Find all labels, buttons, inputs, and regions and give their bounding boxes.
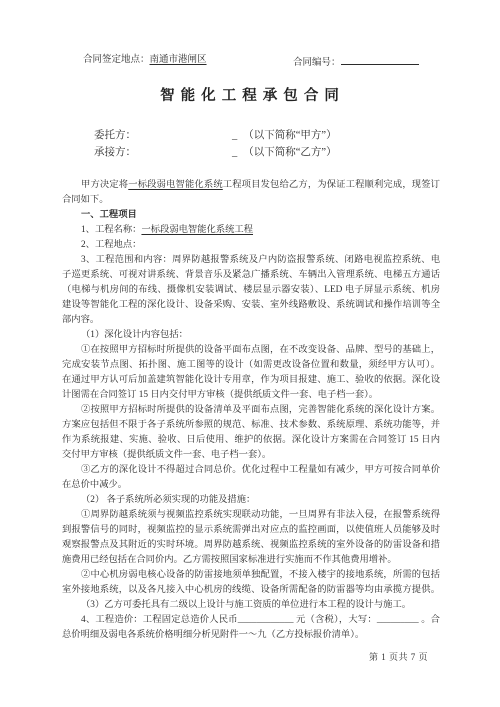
- underlined-text: 一标段弱电智能化系统工程: [141, 225, 253, 235]
- body-line: ③乙方的深化设计不得超过合同总价。优化过程中工程量如有减少，甲方可按合同单价: [62, 463, 440, 478]
- parties-block: 委托方：_（以下简称“甲方”） 承接方：_（以下简称“乙方”）: [94, 127, 337, 161]
- text-segment: 到报警信号的同时，视频监控的显示系统需弹出对应点的监控画面，以使值班人员能够及时: [62, 525, 440, 535]
- text-segment: 完成安装节点图、拓扑图、施工图等的设计（如需更改设备位置和数量，须经甲方认可）。: [62, 360, 440, 370]
- body-line: ②按照甲方招标时所提供的设备清单及平面布点图，完善智能化系统的深化设计方案。: [62, 403, 440, 418]
- text-segment: ____________: [238, 615, 294, 625]
- body-line: 交付甲方审核（提供纸质文件一套、电子档一套）。: [62, 448, 440, 463]
- body-line: 完成安装节点图、拓扑图、施工图等的设计（如需更改设备位置和数量，须经甲方认可）。: [62, 358, 440, 373]
- body-line: 室外接地系统，以及各凡接入中心机房的线缆、设备所需配备的防雷器等均由承揽方提供。: [62, 583, 440, 598]
- body-line: 合同如下。: [62, 193, 440, 208]
- contractor-alias-note: （以下简称“乙方”）: [243, 144, 336, 161]
- contract-no-line: 合同编号：: [293, 53, 419, 70]
- contract-no-blank: [341, 53, 419, 65]
- client-name-blank: _: [232, 127, 237, 144]
- text-segment: 子巡更系统、可视对讲系统、背景音乐及紧急广播系统、车辆出入管理系统、电梯五方通话: [62, 270, 440, 280]
- sign-place-value: 南通市港闸区: [150, 55, 207, 65]
- text-segment: 计图需在合同签订 15 日内交付甲方审核（提供纸质文件一套、电子档一套）。: [62, 390, 378, 400]
- text-segment: 甲方决定将: [81, 180, 128, 190]
- text-segment: _________: [377, 615, 419, 625]
- body-line: 子巡更系统、可视对讲系统、背景音乐及紧急广播系统、车辆出入管理系统、电梯五方通话: [62, 268, 440, 283]
- body-line: ②中心机房弱电核心设备的防雷接地须单独配置，不接入楼宇的接地系统，所需的包括: [62, 568, 440, 583]
- text-segment: ①在按照甲方招标时所提供的设备平面布点图，在不改变设备、品牌、型号的基础上，: [81, 345, 440, 355]
- text-segment: 观察报警点及其附近的实时环境。周界防越系统、视频监控系统的室外设备的防雷设备和措: [62, 540, 440, 550]
- text-segment: 作为系统报建、实施、验收、日后使用、维护的依据。深化设计方案需在合同签订 15 …: [62, 435, 440, 445]
- body-line: 部内容。: [62, 313, 440, 328]
- body-line: 3、工程范围和内容：周界防越报警系统及户内防盗报警系统、闭路电视监控系统、电: [62, 253, 440, 268]
- body-line: 观察报警点及其附近的实时环境。周界防越系统、视频监控系统的室外设备的防雷设备和措: [62, 538, 440, 553]
- text-segment: 2、工程地点：: [81, 240, 141, 250]
- body-line: 2、工程地点：: [62, 238, 440, 253]
- body-line: 甲方决定将一标段弱电智能化系统工程项目发包给乙方，为保证工程顺利完成，现签订: [62, 178, 440, 193]
- text-segment: 元（含税），大写：: [294, 615, 377, 625]
- body-lines: 甲方决定将一标段弱电智能化系统工程项目发包给乙方，为保证工程顺利完成，现签订合同…: [62, 178, 440, 643]
- body-line: 在总价中减少。: [62, 478, 440, 493]
- body-line: 在通过甲方认可后加盖建筑智能化设计专用章，作为项目报建、施工、验收的依据。深化设: [62, 373, 440, 388]
- sign-place-line: 合同签定地点：南通市港闸区: [83, 53, 207, 67]
- text-segment: （2） 各子系统所必须实现的功能及措施：: [81, 495, 255, 505]
- page-title: 智 能 化 工 程 承 包 合 同: [0, 86, 500, 106]
- text-segment: 在通过甲方认可后加盖建筑智能化设计专用章，作为项目报建、施工、验收的依据。深化设: [62, 375, 440, 385]
- text-segment: 合同如下。: [62, 195, 109, 205]
- text-segment: 一、工程项目: [81, 210, 137, 220]
- text-segment: （3）乙方可委托具有二级以上设计与施工资质的单位进行本工程的设计与施工。: [81, 600, 411, 610]
- text-segment: 建设等智能化工程的深化设计、设备采购、安装、室外线路敷设、系统调试和操作培训等全: [62, 300, 440, 310]
- body-line: 计图需在合同签订 15 日内交付甲方审核（提供纸质文件一套、电子档一套）。: [62, 388, 440, 403]
- body-line: 4、工程造价：工程固定总造价人民币____________ 元（含税），大写：_…: [62, 613, 440, 628]
- text-segment: 施费用已经包括在合同价内。乙方需按照国家标准进行实施而不作其他费用增补。: [62, 555, 397, 565]
- text-segment: 4、工程造价：工程固定总造价人民币: [81, 615, 238, 625]
- body-line: 建设等智能化工程的深化设计、设备采购、安装、室外线路敷设、系统调试和操作培训等全: [62, 298, 440, 313]
- body-line: 方案应包括但不限于各子系统所参照的规范、标准、技术参数、系统原理、系统功能等，并: [62, 418, 440, 433]
- text-segment: 总价明细及弱电各系统价格明细分析见附件一～九（乙方投标报价清单）。: [62, 630, 364, 640]
- body-line: 1、工程名称：一标段弱电智能化系统工程: [62, 223, 440, 238]
- body-line: 施费用已经包括在合同价内。乙方需按照国家标准进行实施而不作其他费用增补。: [62, 553, 440, 568]
- body-line: ①周界防越系统须与视频监控系统实现联动功能，一旦周界有非法入侵，在报警系统得: [62, 508, 440, 523]
- party-row-client: 委托方：_（以下简称“甲方”）: [94, 127, 337, 144]
- body-line: （3）乙方可委托具有二级以上设计与施工资质的单位进行本工程的设计与施工。: [62, 598, 440, 613]
- body-line: （1）深化设计内容包括：: [62, 328, 440, 343]
- client-alias-note: （以下简称“甲方”）: [243, 127, 336, 144]
- contract-page: 合同签定地点：南通市港闸区 合同编号： 智 能 化 工 程 承 包 合 同 委托…: [0, 0, 500, 707]
- text-segment: ①周界防越系统须与视频监控系统实现联动功能，一旦周界有非法入侵，在报警系统得: [81, 510, 440, 520]
- party-row-contractor: 承接方：_（以下简称“乙方”）: [94, 144, 337, 161]
- text-segment: 交付甲方审核（提供纸质文件一套、电子档一套）。: [62, 450, 271, 460]
- text-segment: 室外接地系统，以及各凡接入中心机房的线缆、设备所需配备的防雷器等均由承揽方提供。: [62, 585, 440, 595]
- body-line: 总价明细及弱电各系统价格明细分析见附件一～九（乙方投标报价清单）。: [62, 628, 440, 643]
- text-segment: ②中心机房弱电核心设备的防雷接地须单独配置，不接入楼宇的接地系统，所需的包括: [81, 570, 440, 580]
- underlined-text: 一标段弱电智能化系统: [128, 180, 223, 190]
- contractor-name-blank: _: [232, 144, 237, 161]
- text-segment: 工程项目发包给乙方，为保证工程顺利完成，现签订: [223, 180, 440, 190]
- text-segment: 部内容。: [62, 315, 99, 325]
- text-segment: 1、工程名称：: [81, 225, 141, 235]
- text-segment: ③乙方的深化设计不得超过合同总价。优化过程中工程量如有减少，甲方可按合同单价: [81, 465, 440, 475]
- text-segment: （电梯与机房间的布线、摄像机安装调试、楼层显示器安装）、LED 电子屏显示系统、…: [62, 285, 440, 295]
- text-segment: （1）深化设计内容包括：: [81, 330, 188, 340]
- body-line: 到报警信号的同时，视频监控的显示系统需弹出对应点的监控画面，以使值班人员能够及时: [62, 523, 440, 538]
- sign-place-label: 合同签定地点：: [83, 55, 150, 65]
- text-segment: ②按照甲方招标时所提供的设备清单及平面布点图，完善智能化系统的深化设计方案。: [81, 405, 440, 415]
- contract-no-label: 合同编号：: [293, 58, 341, 68]
- body-line: （电梯与机房间的布线、摄像机安装调试、楼层显示器安装）、LED 电子屏显示系统、…: [62, 283, 440, 298]
- contractor-label: 承接方：: [94, 144, 232, 161]
- client-label: 委托方：: [94, 127, 232, 144]
- text-segment: 在总价中减少。: [62, 480, 127, 490]
- page-number-footer: 第 1 页共 7 页: [369, 650, 428, 664]
- text-segment: 方案应包括但不限于各子系统所参照的规范、标准、技术参数、系统原理、系统功能等，并: [62, 420, 440, 430]
- body-line: 作为系统报建、实施、验收、日后使用、维护的依据。深化设计方案需在合同签订 15 …: [62, 433, 440, 448]
- body-line: （2） 各子系统所必须实现的功能及措施：: [62, 493, 440, 508]
- body-line: ①在按照甲方招标时所提供的设备平面布点图，在不改变设备、品牌、型号的基础上，: [62, 343, 440, 358]
- text-segment: 3、工程范围和内容：周界防越报警系统及户内防盗报警系统、闭路电视监控系统、电: [81, 255, 440, 265]
- body-line: 一、工程项目: [62, 208, 440, 223]
